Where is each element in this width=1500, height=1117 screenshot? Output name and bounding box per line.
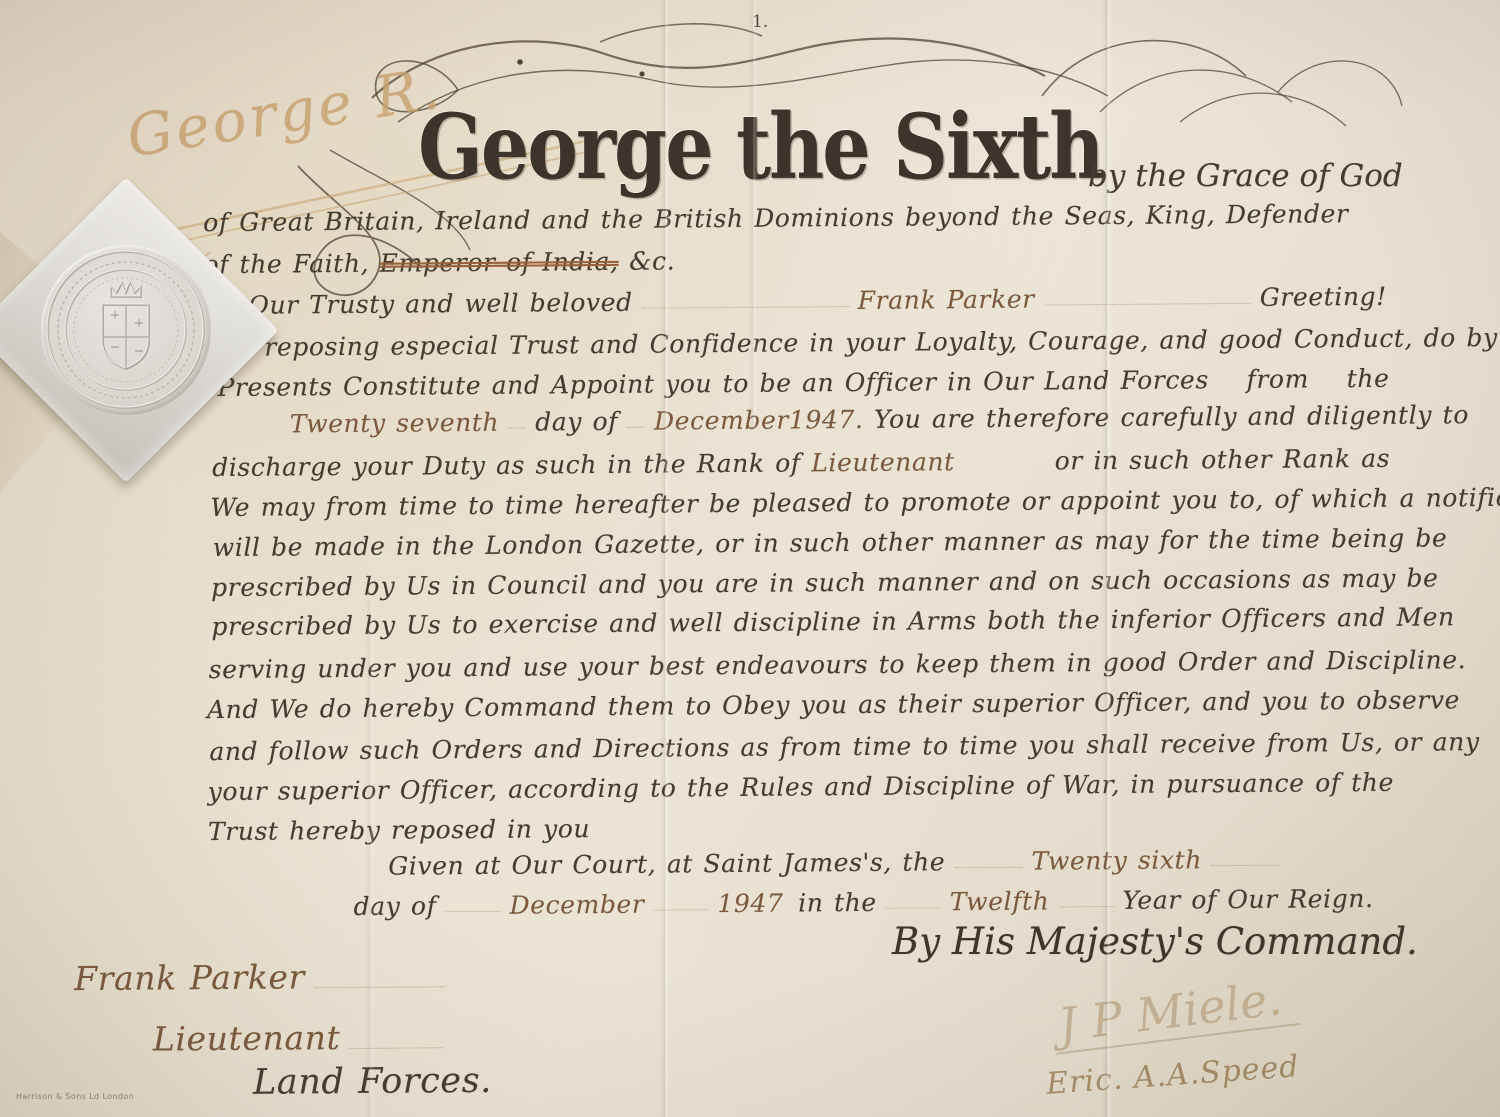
- printed-text: will be made in the London Gazette, or i…: [213, 523, 1448, 562]
- printed-text: serving under you and use your best ende…: [209, 645, 1467, 684]
- printed-text: in the: [798, 888, 877, 918]
- printed-text: Presents Constitute and Appoint you to b…: [217, 365, 1209, 402]
- printed-text: your superior Officer, according to the …: [208, 768, 1394, 806]
- struck-through-text: Emperor of India,: [380, 247, 619, 278]
- printed-text: and follow such Orders and Directions as…: [209, 727, 1480, 766]
- printed-text: &c.: [619, 246, 676, 275]
- handwritten-fill-text: Twenty seventh: [290, 408, 500, 439]
- document-line: To Our Trusty and well belovedFrank Park…: [207, 282, 1387, 320]
- handwritten-fill-text: Lieutenant: [153, 1018, 341, 1058]
- printed-text: day of: [353, 891, 436, 921]
- dotted-rule: [508, 426, 526, 429]
- document-line: Land Forces.: [253, 1061, 492, 1103]
- handwritten-fill-text: 1947.: [789, 405, 864, 435]
- commission-document: 1. George R. George the Sixth by the Gra…: [0, 0, 1500, 1117]
- printed-text: or in such other Rank as: [1055, 444, 1391, 476]
- handwritten-fill-text: 1947: [717, 889, 783, 919]
- document-line: And We do hereby Command them to Obey yo…: [207, 685, 1460, 724]
- dotted-rule: [653, 907, 708, 910]
- document-line: Frank Parker: [74, 956, 454, 998]
- dotted-rule: [446, 909, 501, 912]
- handwritten-fill-text: Frank Parker: [858, 285, 1035, 315]
- document-line: Trust hereby reposed in you: [208, 814, 590, 846]
- document-line: Lieutenant: [79, 1017, 451, 1059]
- printed-text: Trust hereby reposed in you: [208, 814, 590, 846]
- handwritten-fill-text: Twenty sixth: [1031, 845, 1202, 875]
- document-line: Given at Our Court, at Saint James's, th…: [388, 845, 1288, 881]
- handwritten-fill-text: Lieutenant: [811, 447, 955, 477]
- printed-text: And We do hereby Command them to Obey yo…: [207, 685, 1460, 724]
- printed-text: prescribed by Us in Council and you are …: [211, 563, 1439, 602]
- printed-text: of the Faith,: [203, 249, 379, 279]
- document-line: discharge your Duty as such in the Rank …: [212, 444, 1390, 482]
- document-line: of the Faith, Emperor of India, &c.: [203, 246, 675, 279]
- printed-text: To Our Trusty and well beloved: [207, 288, 633, 320]
- dotted-rule: [1211, 863, 1279, 867]
- document-line: Twenty seventhday ofDecember1947. You ar…: [290, 401, 1390, 439]
- printed-text: Land Forces.: [253, 1061, 492, 1103]
- dotted-rule: [954, 865, 1022, 869]
- document-line: prescribed by Us in Council and you are …: [211, 563, 1439, 602]
- spacer: [955, 469, 1055, 470]
- dotted-rule: [1058, 904, 1113, 907]
- printed-text: We reposing especial Trust and Confidenc…: [214, 322, 1500, 362]
- dotted-rule: [642, 304, 849, 309]
- document-line: serving under you and use your best ende…: [209, 645, 1467, 684]
- document-line: Presents Constitute and Appoint you to b…: [217, 364, 1389, 402]
- document-line: day ofDecember1947in theTwelfthYear of O…: [353, 884, 1373, 921]
- printed-text: We may from time to time hereafter be pl…: [210, 482, 1500, 522]
- dotted-rule: [1044, 301, 1251, 306]
- seal-emboss-circle: [41, 245, 211, 415]
- document-line: of Great Britain, Ireland and the Britis…: [203, 199, 1348, 237]
- handwritten-fill-text: Twelfth: [950, 886, 1050, 916]
- document-body: of Great Britain, Ireland and the Britis…: [0, 0, 1500, 1117]
- dotted-rule: [627, 425, 645, 428]
- printed-text: Given at Our Court, at Saint James's, th…: [388, 847, 945, 880]
- dotted-rule: [349, 1045, 442, 1049]
- printed-text: You are therefore carefully and diligent…: [863, 400, 1469, 434]
- printed-text: from: [1246, 364, 1309, 393]
- crown-shield-emblem-icon: [41, 245, 211, 415]
- handwritten-fill-text: Frank Parker: [74, 957, 305, 998]
- document-line: prescribed by Us to exercise and well di…: [211, 602, 1455, 641]
- printed-text: the: [1347, 364, 1390, 393]
- document-line: your superior Officer, according to the …: [208, 768, 1394, 806]
- spacer: [80, 1051, 153, 1052]
- printed-text: prescribed by Us to exercise and well di…: [211, 602, 1455, 641]
- printed-text: Year of Our Reign.: [1122, 884, 1373, 915]
- printed-text: of Great Britain, Ireland and the Britis…: [203, 199, 1348, 237]
- document-line: and follow such Orders and Directions as…: [209, 727, 1480, 766]
- printed-text: discharge your Duty as such in the Rank …: [212, 448, 811, 482]
- dotted-rule: [314, 984, 445, 988]
- document-line: We reposing especial Trust and Confidenc…: [214, 322, 1500, 362]
- document-line: We may from time to time hereafter be pl…: [210, 482, 1500, 522]
- handwritten-fill-text: December: [509, 890, 644, 920]
- handwritten-fill-text: December: [654, 406, 789, 436]
- printed-text: day of: [535, 407, 618, 437]
- printed-text: Greeting!: [1260, 282, 1387, 312]
- dotted-rule: [886, 905, 941, 908]
- document-line: will be made in the London Gazette, or i…: [213, 523, 1448, 562]
